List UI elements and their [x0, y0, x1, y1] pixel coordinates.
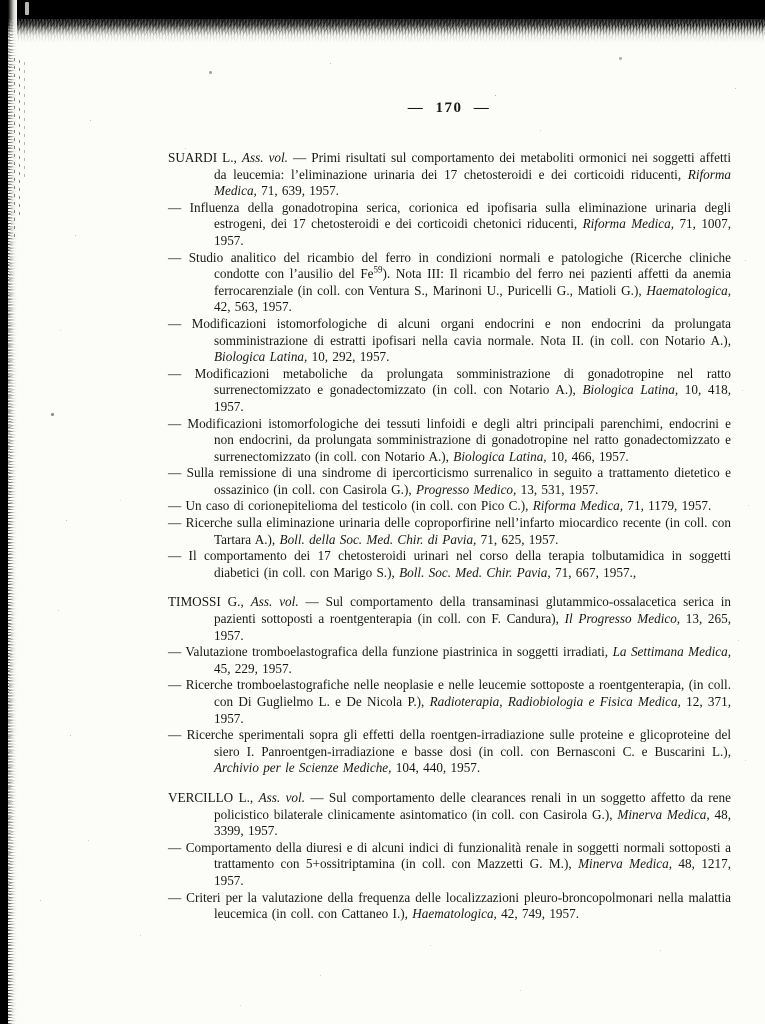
binding-line — [19, 60, 20, 215]
page-number: — 170 — — [168, 100, 730, 117]
bib-entry: TIMOSSI G., Ass. vol. — Sul comportament… — [168, 594, 731, 644]
bibliography: SUARDI L., Ass. vol. — Primi risultati s… — [168, 150, 731, 923]
italic-text: Biologica Latina, — [214, 349, 307, 364]
text-run: SUARDI L., — [168, 150, 242, 165]
text-run: 45, 229, 1957. — [214, 661, 292, 676]
text-run: 71, 1179, 1957. — [623, 498, 711, 513]
italic-text: Ass. vol. — [242, 150, 288, 165]
bib-entry: — Ricerche tromboelastografiche nelle ne… — [168, 677, 731, 727]
text-run: 13, 531, 1957. — [516, 482, 598, 497]
text-run: 42, 749, 1957. — [497, 906, 579, 921]
italic-text: La Settimana Medica, — [613, 644, 731, 659]
scanned-page: — 170 — SUARDI L., Ass. vol. — Primi ris… — [0, 0, 765, 1024]
bib-entry: — Ricerche sperimentali sopra gli effett… — [168, 727, 731, 777]
text-run: — Modificazioni istomorfologiche dei tes… — [168, 416, 731, 464]
bib-entry: — Sulla remissione di una sindrome di ip… — [168, 465, 731, 498]
bib-entry: — Studio analitico del ricambio del ferr… — [168, 250, 731, 316]
italic-text: Boll. della Soc. Med. Chir. di Pavia, — [280, 532, 477, 547]
italic-text: Minerva Medica, — [578, 856, 672, 871]
text-run: 71, 667, 1957., — [551, 565, 636, 580]
bib-entry: — Il comportamento dei 17 chetosteroidi … — [168, 548, 731, 581]
bib-entry: — Un caso di corionepitelioma del testic… — [168, 498, 731, 515]
text-run: 71, 639, 1957. — [257, 183, 339, 198]
bib-entry: — Modificazioni istomorfologiche di alcu… — [168, 316, 731, 366]
text-run: 10, 466, 1957. — [547, 449, 629, 464]
italic-text: Archivio per le Scienze Mediche, — [214, 760, 391, 775]
italic-text: Ass. vol. — [259, 790, 305, 805]
text-run: VERCILLO L., — [168, 790, 259, 805]
text-run: 71, 625, 1957. — [476, 532, 558, 547]
scan-top-edge-noise — [0, 19, 765, 43]
text-run: 104, 440, 1957. — [391, 760, 480, 775]
text-run: TIMOSSI G., — [168, 594, 251, 609]
italic-text: Progresso Medico, — [416, 482, 516, 497]
scan-left-edge — [0, 0, 8, 1024]
superscript: 59 — [374, 265, 383, 275]
italic-text: Boll. Soc. Med. Chir. Pavia, — [399, 565, 551, 580]
text-run: 42, 563, 1957. — [214, 299, 292, 314]
bib-entry: — Ricerche sulla eliminazione urinaria d… — [168, 515, 731, 548]
scan-top-edge — [0, 0, 765, 19]
text-run: — Un caso di corionepitelioma del testic… — [168, 498, 533, 513]
text-run: — Primi risultati sul comportamento dei … — [214, 150, 731, 182]
scan-corner-mark — [25, 2, 29, 15]
binding-line — [24, 62, 25, 182]
bib-entry: — Comportamento della diuresi e di alcun… — [168, 840, 731, 890]
italic-text: Haematologica, — [646, 283, 731, 298]
italic-text: Riforma Medica, — [533, 498, 623, 513]
bib-entry: SUARDI L., Ass. vol. — Primi risultati s… — [168, 150, 731, 200]
italic-text: Biologica Latina, — [582, 382, 678, 397]
scan-left-edge-noise — [8, 0, 17, 1024]
italic-text: Haematologica, — [412, 906, 497, 921]
bib-entry: VERCILLO L., Ass. vol. — Sul comportamen… — [168, 790, 731, 840]
bib-entry: — Valutazione tromboelastografica della … — [168, 644, 731, 677]
italic-text: Radioterapia, Radiobiologia e Fisica Med… — [430, 694, 681, 709]
italic-text: Ass. vol. — [251, 594, 299, 609]
text-run: — Modificazioni istomorfologiche di alcu… — [168, 316, 731, 348]
italic-text: Minerva Medica, — [617, 807, 709, 822]
italic-text: Il Progresso Medico, — [565, 611, 680, 626]
bib-entry: — Modificazioni metaboliche da prolungat… — [168, 366, 731, 416]
text-run: — Ricerche sperimentali sopra gli effett… — [168, 727, 731, 759]
italic-text: Biologica Latina, — [453, 449, 546, 464]
text-run: 10, 292, 1957. — [307, 349, 389, 364]
bib-entry: — Criteri per la valutazione della frequ… — [168, 890, 731, 923]
binding-line — [14, 58, 15, 238]
bib-entry: — Modificazioni istomorfologiche dei tes… — [168, 416, 731, 466]
paper-speckles — [0, 0, 1, 1]
italic-text: Riforma Medica, — [583, 216, 674, 231]
bib-entry: — Influenza della gonadotropina serica, … — [168, 200, 731, 250]
text-run: — Valutazione tromboelastografica della … — [168, 644, 613, 659]
